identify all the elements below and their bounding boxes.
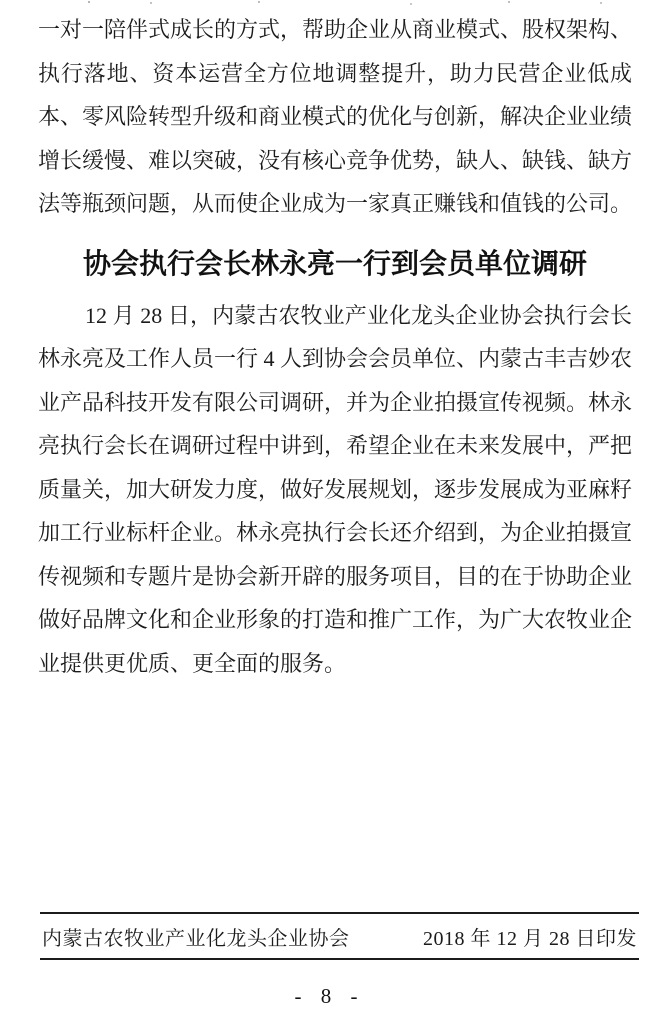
document-body: 一对一陪伴式成长的方式，帮助企业从商业模式、股权架构、执行落地、资本运营全方位地… [38, 8, 632, 685]
issuer-name: 内蒙古农牧业产业化龙头企业协会 [42, 922, 350, 951]
document-page: 一对一陪伴式成长的方式，帮助企业从商业模式、股权架构、执行落地、资本运营全方位地… [0, 0, 659, 1019]
continuation-paragraph: 一对一陪伴式成长的方式，帮助企业从商业模式、股权架构、执行落地、资本运营全方位地… [38, 8, 632, 226]
article-paragraph: 12 月 28 日，内蒙古农牧业产业化龙头企业协会执行会长林永亮及工作人员一行 … [38, 294, 632, 686]
footer-imprint: 内蒙古农牧业产业化龙头企业协会 2018 年 12 月 28 日印发 [40, 912, 639, 960]
page-number: - 8 - [0, 984, 659, 1009]
article-heading: 协会执行会长林永亮一行到会员单位调研 [38, 242, 632, 288]
scan-noise [88, 1, 90, 3]
issue-date: 2018 年 12 月 28 日印发 [423, 922, 637, 951]
